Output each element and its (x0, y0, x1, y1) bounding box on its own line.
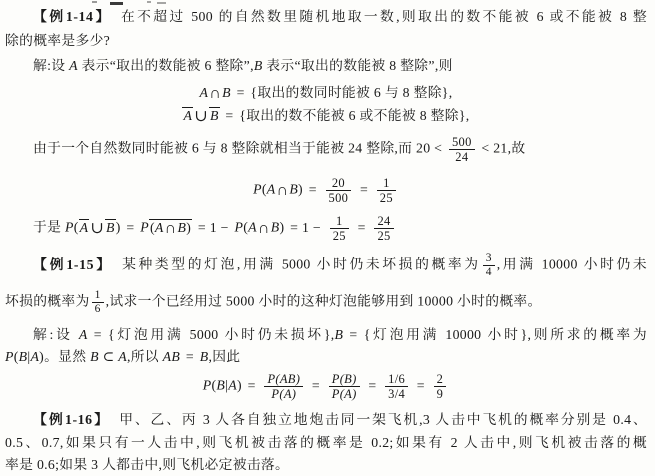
ex15-problem-line2: 坏损的概率为16,试求一个已经用过 5000 小时的这种灯泡能够用到 10000… (5, 289, 647, 316)
fraction-PAB-PA: P(AB)P(A) (264, 372, 303, 401)
var-B: B (289, 182, 298, 197)
var-A: A (69, 58, 78, 73)
ex16-problem-line2: 0.5、0.7,如果只有一人击中,则飞机被击落的概率是 0.2;如果有 2 人击… (5, 434, 647, 452)
var-B: B (90, 349, 99, 364)
fraction-PB-PA: P(B)P(A) (329, 372, 360, 401)
ex15-problem-line1: 【例1-15】某种类型的灯泡,用满 5000 小时仍未坏损的概率为34,用满 1… (5, 252, 647, 279)
reasoning-text-end: < 21,故 (478, 141, 526, 156)
union-operator: ∪ (193, 108, 209, 125)
overline-group-A-intersect-B: (A∩B) (149, 219, 192, 238)
intersection-operator: ∩ (275, 182, 289, 199)
var-A: A (118, 349, 127, 364)
ex16-problem-line1: 【例1-16】甲、乙、丙 3 人各自独立地炮击同一架飞机,3 人击中飞机的概率分… (5, 411, 647, 429)
ex15-label: 【例1-15】 (33, 257, 113, 272)
overline-B: B (105, 219, 116, 236)
equals-sign: = (231, 85, 251, 100)
equals-sign: = (352, 220, 372, 235)
ex16-question-text3: 率是 0.6;如果 3 人都击中,则飞机必定被击落。 (5, 457, 289, 472)
intersection-operator: ∩ (257, 220, 271, 237)
ex15-question-text2: ,用满 10000 小时仍未 (497, 257, 647, 272)
ex16-problem-line3: 率是 0.6;如果 3 人都击中,则飞机必定被击落。 (5, 456, 647, 474)
subset-operator: ⊂ (99, 349, 118, 364)
ex14-formula-union-complement: A∪B = {取出的数不能被 6 或不能被 8 整除}, (5, 107, 647, 128)
event-B-description: 表示“取出的数能被 8 整除”,则 (263, 58, 453, 73)
ex14-problem-line2: 除的概率是多少? (5, 32, 647, 50)
var-A: A (79, 327, 88, 342)
equals-sign: = (121, 220, 141, 235)
event-A-description: 表示“取出的数能被 6 整除”, (78, 58, 254, 73)
reasoning-text: 由于一个自然数同时能被 6 与 8 整除就相当于能被 24 整除,而 20 < (33, 141, 446, 156)
fraction-1-6: 16 (92, 289, 104, 316)
equals-sign: = (220, 108, 240, 123)
textbook-page: 【例1-14】在不超过 500 的自然数里随机地取一数,则取出的数不能被 6 或… (0, 0, 655, 476)
var-P: P (203, 378, 212, 393)
ex14-problem-line1: 【例1-14】在不超过 500 的自然数里随机地取一数,则取出的数不能被 6 或… (5, 8, 647, 26)
ex16-label: 【例1-16】 (33, 412, 110, 427)
var-AB: AB (163, 349, 180, 364)
ex14-reasoning-line: 由于一个自然数同时能被 6 与 8 整除就相当于能被 24 整除,而 20 < … (5, 135, 647, 164)
fraction-1-25: 125 (377, 176, 396, 205)
scan-artifact (110, 2, 123, 5)
one-minus: = 1 − (284, 220, 326, 235)
event-A-description: = {灯泡用满 5000 小时仍未损坏}, (88, 327, 335, 342)
overline-A: A (182, 107, 193, 124)
var-P: P (235, 220, 244, 235)
ex14-conclusion-formula: 于是 P(A∪B) = P(A∩B) = 1 − P(A∩B) = 1 − 12… (5, 214, 647, 243)
ex14-question-text2: 除的概率是多少? (5, 33, 110, 48)
ex14-label: 【例1-14】 (33, 9, 112, 24)
var-P: P (140, 220, 149, 235)
equals-sign: = (306, 378, 326, 393)
ex15-question-text4: ,试求一个已经用过 5000 小时的这种灯泡能够用到 10000 小时的概率。 (106, 294, 542, 309)
var-B: B (216, 378, 225, 393)
ex15-solution-line2: P(B|A)。显然 B ⊂ A,所以 AB = B,因此 (5, 348, 647, 366)
therefore-text: 于是 (33, 220, 65, 235)
one-minus: = 1 − (192, 220, 234, 235)
ex14-solution-intro: 解:设 A 表示“取出的数能被 6 整除”,B 表示“取出的数能被 8 整除”,… (5, 57, 647, 75)
union-operator: ∪ (89, 220, 105, 237)
fraction-2-9: 29 (434, 372, 447, 401)
fraction-1-25: 125 (330, 214, 349, 243)
scan-artifact (157, 2, 166, 4)
ex14-probability-formula: P(A∩B) = 20500 = 125 (5, 176, 647, 205)
solution-prefix: 解:设 (33, 58, 69, 73)
ex15-question-text3: 坏损的概率为 (5, 294, 90, 309)
var-A: A (228, 378, 237, 393)
event-B-description: = {灯泡用满 10000 小时},则所求的概率为 (343, 327, 647, 342)
set-description: {取出的数不能被 6 或不能被 8 整除}, (239, 108, 469, 123)
var-A: A (200, 85, 209, 100)
ex15-solution-line1: 解:设 A = {灯泡用满 5000 小时仍未损坏},B = {灯泡用满 100… (5, 326, 647, 344)
overline-B: B (209, 107, 220, 124)
equals-sign: = (354, 182, 374, 197)
scan-artifact (147, 1, 151, 3)
solution-prefix: 解:设 (33, 327, 79, 342)
ex16-question-text: 甲、乙、丙 3 人各自独立地炮击同一架飞机,3 人击中飞机的概率分别是 0.4、 (119, 412, 647, 427)
equals-sign: = (242, 378, 262, 393)
fraction-500-24: 50024 (449, 135, 475, 164)
intersection-operator: ∩ (164, 220, 178, 237)
fraction-sixth-over-threequarters: 1/63/4 (385, 372, 408, 401)
var-A: A (248, 220, 257, 235)
scan-artifact (92, 1, 97, 3)
equals-sign: = (411, 378, 431, 393)
ex16-question-text2: 0.5、0.7,如果只有一人击中,则飞机被击落的概率是 0.2;如果有 2 人击… (5, 435, 647, 450)
intersection-operator: ∩ (208, 85, 222, 102)
fraction-20-500: 20500 (326, 176, 352, 205)
var-P: P (65, 220, 74, 235)
ex14-question-text: 在不超过 500 的自然数里随机地取一数,则取出的数不能被 6 或不能被 8 整 (121, 9, 647, 24)
ex14-formula-intersection: A∩B = {取出的数同时能被 6 与 8 整除}, (5, 84, 647, 105)
var-B: B (335, 327, 344, 342)
var-B: B (254, 58, 263, 73)
ex15-conditional-probability-formula: P(B|A) = P(AB)P(A) = P(B)P(A) = 1/63/4 =… (5, 372, 647, 401)
var-P: P (5, 349, 14, 364)
equals-sign: = (363, 378, 383, 393)
equals-sign: = (180, 349, 200, 364)
ex15-question-text: 某种类型的灯泡,用满 5000 小时仍未坏损的概率为 (122, 257, 481, 272)
overline-A: A (79, 219, 90, 236)
fraction-24-25: 2425 (374, 214, 393, 243)
equals-sign: = (303, 182, 323, 197)
set-description: {取出的数同时能被 6 与 8 整除}, (250, 85, 452, 100)
var-A: A (30, 349, 39, 364)
fraction-3-4: 34 (483, 252, 495, 279)
var-P: P (253, 182, 262, 197)
var-B: B (222, 85, 231, 100)
